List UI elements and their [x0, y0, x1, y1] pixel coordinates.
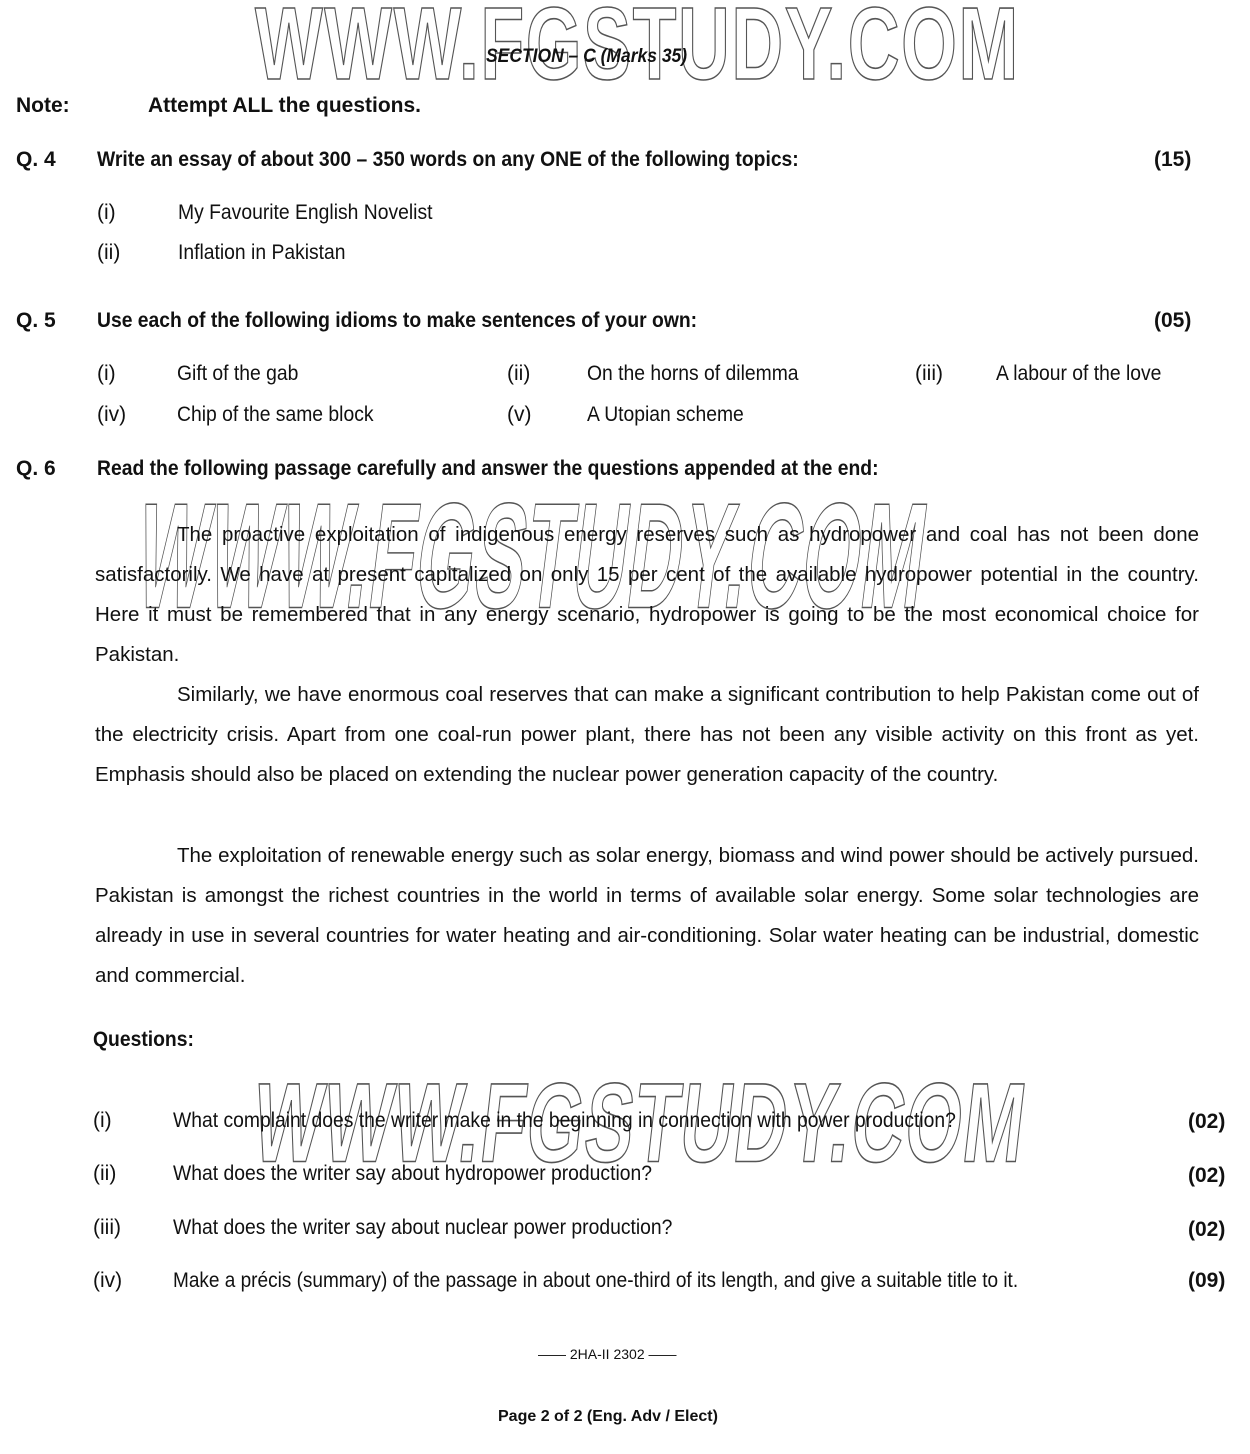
q4-topic-2-num: (ii) [97, 241, 120, 265]
q6-question-1-marks: (02) [1188, 1110, 1225, 1134]
section-title: SECTION – C (Marks 35) [486, 46, 705, 68]
q5-prompt: Use each of the following idioms to make… [97, 309, 749, 333]
footer-code: —— 2HA-II 2302 —— [538, 1346, 677, 1362]
q4-topic-1: My Favourite English Novelist [178, 201, 455, 225]
q6-question-3-marks: (02) [1188, 1218, 1225, 1242]
footer-page: Page 2 of 2 (Eng. Adv / Elect) [498, 1408, 718, 1426]
q5-idiom-1-num: (i) [97, 362, 116, 386]
q5-number: Q. 5 [16, 309, 56, 333]
passage-paragraph-3: The exploitation of renewable energy suc… [95, 836, 1199, 996]
q5-idiom-1: Gift of the gab [177, 362, 309, 386]
q6-question-2: What does the writer say about hydropowe… [173, 1162, 694, 1186]
q5-idiom-4: Chip of the same block [177, 403, 391, 427]
q4-topic-1-num: (i) [97, 201, 116, 225]
q6-prompt: Read the following passage carefully and… [97, 457, 947, 481]
q5-idiom-2-num: (ii) [507, 362, 530, 386]
q6-question-1-num: (i) [93, 1109, 112, 1133]
q6-question-3: What does the writer say about nuclear p… [173, 1216, 716, 1240]
q5-idiom-3-num: (iii) [915, 362, 943, 386]
questions-heading: Questions: [93, 1028, 203, 1052]
q4-number: Q. 4 [16, 148, 56, 172]
note-text: Attempt ALL the questions. [148, 94, 421, 118]
q6-question-2-num: (ii) [93, 1162, 116, 1186]
q4-marks: (15) [1154, 148, 1191, 172]
q6-question-1: What complaint does the writer make in t… [173, 1109, 1024, 1133]
note-label: Note: [16, 94, 70, 118]
q5-idiom-5-num: (v) [507, 403, 532, 427]
q6-number: Q. 6 [16, 457, 56, 481]
q5-idiom-4-num: (iv) [97, 403, 126, 427]
q6-question-4-marks: (09) [1188, 1269, 1225, 1293]
passage-paragraph-2: Similarly, we have enormous coal reserve… [95, 675, 1199, 795]
q5-idiom-2: On the horns of dilemma [587, 362, 817, 386]
q6-question-4-num: (iv) [93, 1269, 122, 1293]
q5-marks: (05) [1154, 309, 1191, 333]
q4-prompt: Write an essay of about 300 – 350 words … [97, 148, 860, 172]
q5-idiom-3: A labour of the love [996, 362, 1176, 386]
passage-paragraph-1: The proactive exploitation of indigenous… [95, 515, 1199, 675]
q6-question-2-marks: (02) [1188, 1164, 1225, 1188]
q6-question-4: Make a précis (summary) of the passage i… [173, 1269, 1107, 1293]
q4-topic-2: Inflation in Pakistan [178, 241, 360, 265]
q6-question-3-num: (iii) [93, 1216, 121, 1240]
q5-idiom-5: A Utopian scheme [587, 403, 757, 427]
